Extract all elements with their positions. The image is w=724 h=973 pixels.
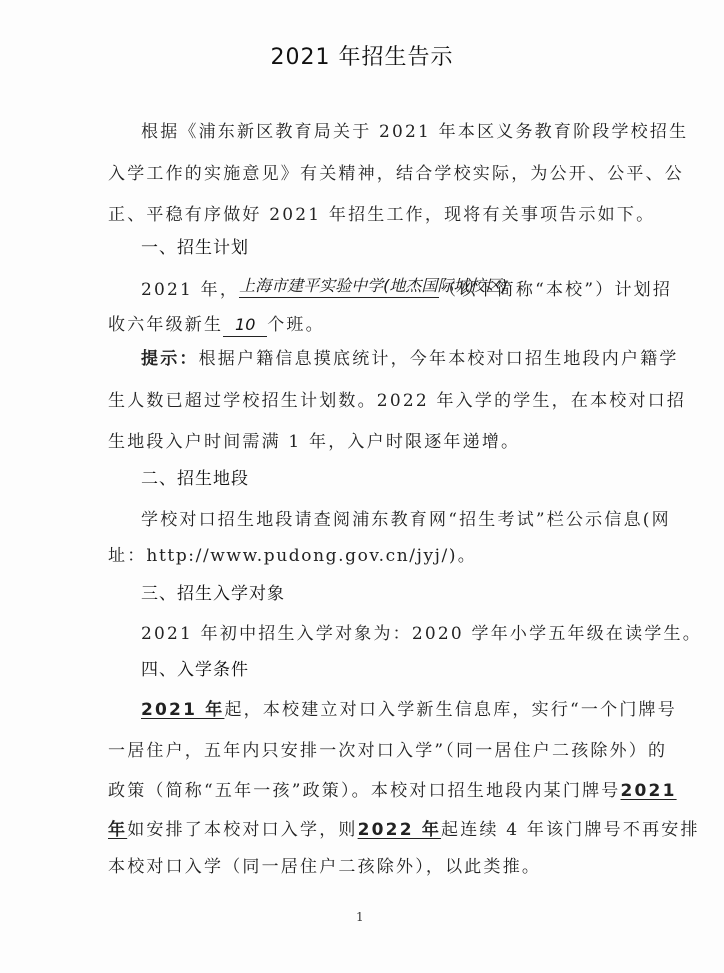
pudong-edu-url: http://www.pudong.gov.cn/jyj/ xyxy=(146,546,448,566)
page-number: 1 xyxy=(356,910,364,924)
section-4-line-1-rest: 起，本校建立对口入学新生信息库，实行“一个门牌号 xyxy=(224,700,677,720)
class-count-handwritten: 10 xyxy=(235,315,255,334)
section-3-line-1: 2021 年初中招生入学对象为：2020 学年小学五年级在读学生。 xyxy=(141,622,622,646)
intro-line-3: 正、平稳有序做好 2021 年招生工作，现将有关事项告示如下。 xyxy=(108,203,622,227)
section-2-heading: 二、招生地段 xyxy=(141,467,622,491)
section-1-line-2-prefix: 收六年级新生 xyxy=(108,315,223,335)
tip-line-1: 提示：根据户籍信息摸底统计，今年本校对口招生地段内户籍学 xyxy=(141,347,622,371)
school-name-field: 上海市建平实验中学(地杰国际城校区) xyxy=(239,275,439,298)
section-4-line-5: 本校对口入学（同一居住户二孩除外），以此类推。 xyxy=(108,855,622,879)
intro-line-1: 根据《浦东新区教育局关于 2021 年本区义务教育阶段学校招生 xyxy=(141,120,622,144)
section-4-line-3: 政策（简称“五年一孩”政策）。本校对口招生地段内某门牌号2021 xyxy=(108,779,622,803)
section-1-line-2: 收六年级新生10个班。 xyxy=(108,313,622,337)
section-2-line-1: 学校对口招生地段请查阅浦东教育网“招生考试”栏公示信息(网 xyxy=(141,508,622,532)
tip-label: 提示： xyxy=(141,349,199,369)
section-4-underlined-2021: 2021 xyxy=(620,781,676,801)
url-prefix: 址： xyxy=(108,546,146,566)
section-4-line-4-mid: 如安排了本校对口入学，则 xyxy=(127,820,357,840)
intro-line-2: 入学工作的实施意见》有关精神，结合学校实际，为公开、公平、公 xyxy=(108,162,622,186)
school-name-handwritten: 上海市建平实验中学(地杰国际城校区) xyxy=(239,276,508,295)
section-4-line-1: 2021 年起，本校建立对口入学新生信息库，实行“一个门牌号 xyxy=(141,698,622,722)
section-4-underlined-nian: 年 xyxy=(108,820,127,840)
document-title: 2021 年招生告示 xyxy=(0,40,724,71)
section-4-line-4-rest: 起连续 4 年该门牌号不再安排 xyxy=(441,820,700,840)
section-4-line-4: 年如安排了本校对口入学，则2022 年起连续 4 年该门牌号不再安排 xyxy=(108,818,622,842)
section-2-line-2: 址：http://www.pudong.gov.cn/jyj/)。 xyxy=(108,544,622,568)
section-3-heading: 三、招生入学对象 xyxy=(141,582,622,606)
section-1-year-prefix: 2021 年， xyxy=(141,280,239,300)
section-4-heading: 四、入学条件 xyxy=(141,658,622,682)
class-count-field: 10 xyxy=(223,314,267,337)
section-1-heading: 一、招生计划 xyxy=(141,236,622,260)
section-1-line-2-suffix: 个班。 xyxy=(267,315,325,335)
section-1-line-1: 2021 年，上海市建平实验中学(地杰国际城校区)（以下简称“本校”）计划招 xyxy=(141,278,622,302)
section-4-line-2: 一居住户，五年内只安排一次对口入学”（同一居住户二孩除外）的 xyxy=(108,739,622,763)
document-page: 2021 年招生告示 根据《浦东新区教育局关于 2021 年本区义务教育阶段学校… xyxy=(0,0,724,973)
url-suffix: )。 xyxy=(449,546,477,566)
tip-line-3: 生地段入户时间需满 1 年，入户时限逐年递增。 xyxy=(108,430,622,454)
section-4-underlined-year-2021: 2021 年 xyxy=(141,700,224,720)
tip-text-1: 根据户籍信息摸底统计，今年本校对口招生地段内户籍学 xyxy=(199,349,679,369)
section-4-line-3-prefix: 政策（简称“五年一孩”政策）。本校对口招生地段内某门牌号 xyxy=(108,781,620,801)
tip-line-2: 生人数已超过学校招生计划数。2022 年入学的学生，在本校对口招 xyxy=(108,389,622,413)
section-4-underlined-2022: 2022 年 xyxy=(358,820,441,840)
